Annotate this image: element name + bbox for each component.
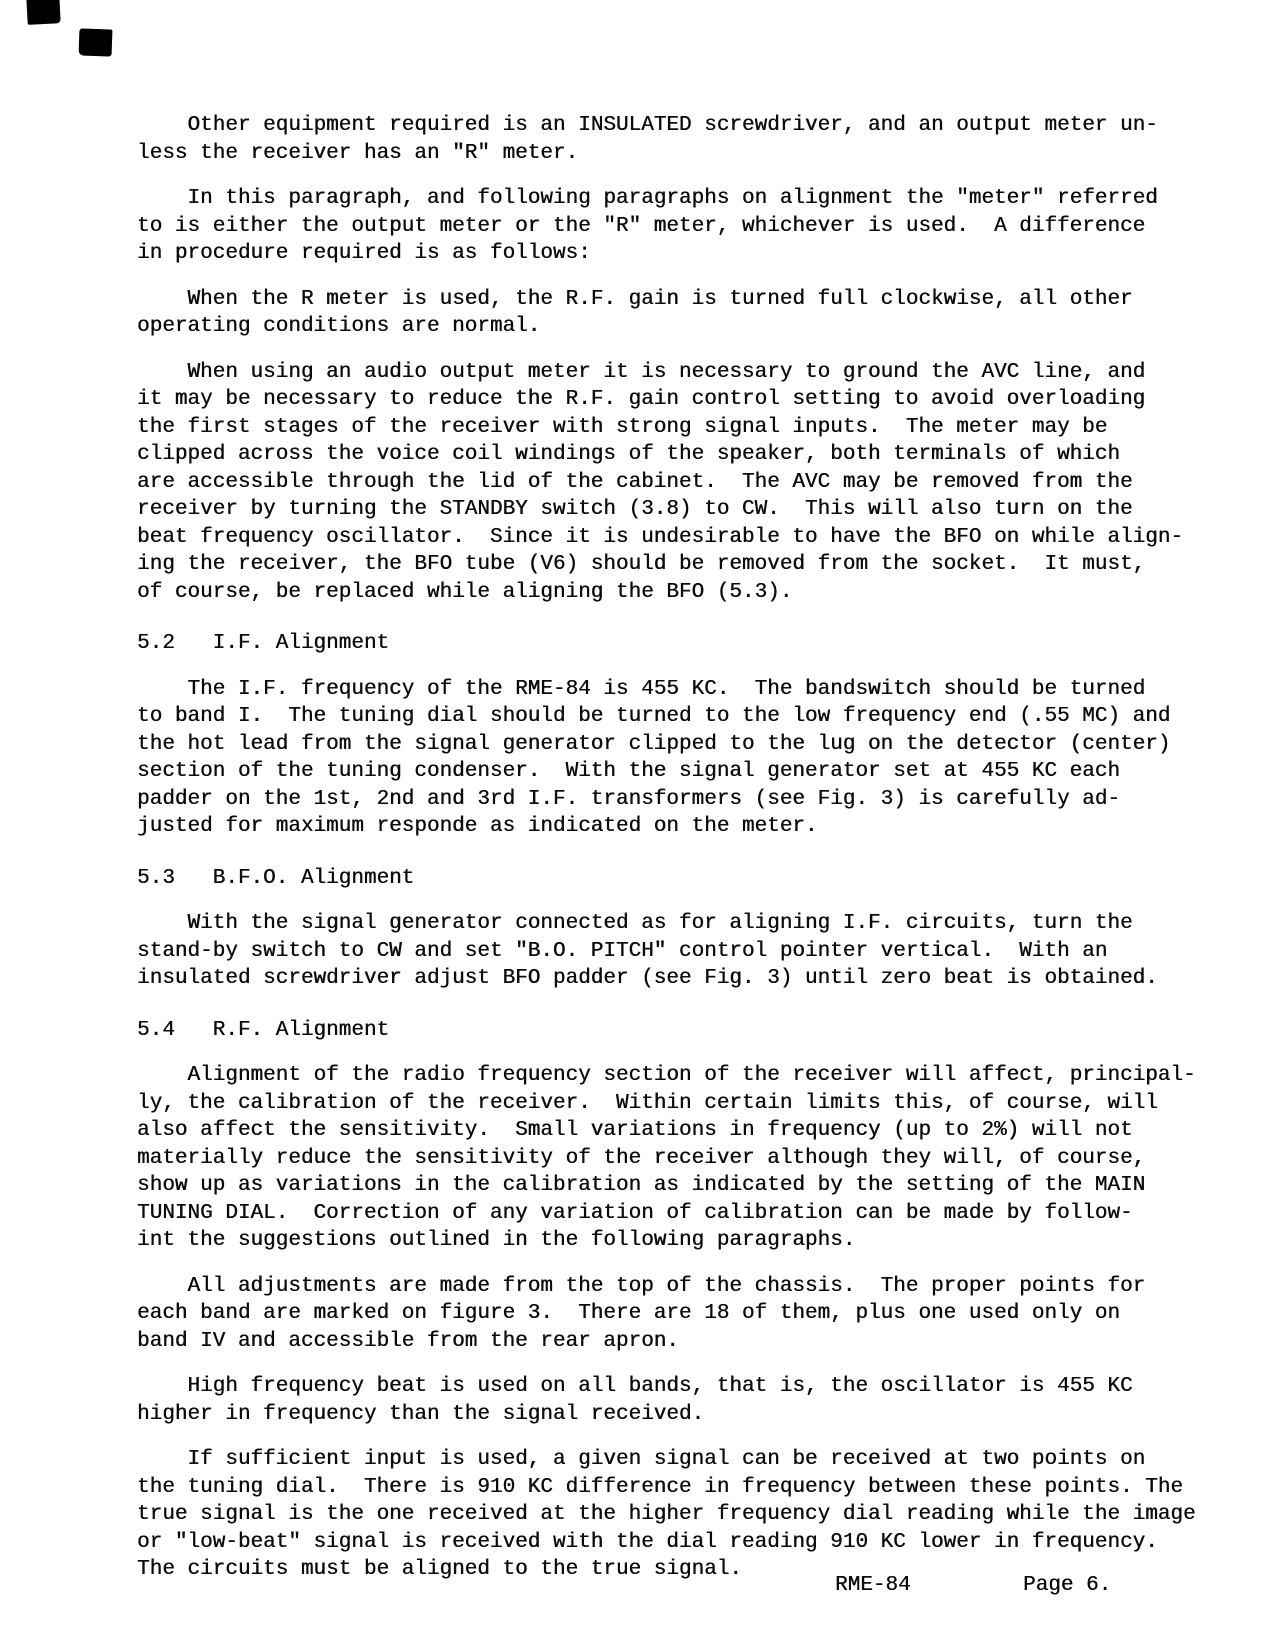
- paragraph-rf-alignment-calibration: Alignment of the radio frequency section…: [137, 1062, 1227, 1255]
- paragraph-adjustment-points: All adjustments are made from the top of…: [137, 1273, 1227, 1356]
- footer-page-number: Page 6.: [1023, 1572, 1111, 1600]
- paragraph-meter-definition: In this paragraph, and following paragra…: [137, 185, 1227, 268]
- page-body: Other equipment required is an INSULATED…: [137, 112, 1227, 1602]
- paragraph-if-alignment: The I.F. frequency of the RME-84 is 455 …: [137, 676, 1227, 841]
- section-heading-5-3-bfo-alignment: 5.3 B.F.O. Alignment: [137, 865, 1227, 893]
- scan-artifact: [26, 0, 60, 25]
- footer-model-label: RME-84: [835, 1572, 911, 1600]
- paragraph-bfo-alignment: With the signal generator connected as f…: [137, 910, 1227, 993]
- paragraph-equipment-required: Other equipment required is an INSULATED…: [137, 112, 1227, 167]
- paragraph-image-signal: If sufficient input is used, a given sig…: [137, 1446, 1227, 1584]
- paragraph-r-meter-use: When the R meter is used, the R.F. gain …: [137, 286, 1227, 341]
- paragraph-high-frequency-beat: High frequency beat is used on all bands…: [137, 1373, 1227, 1428]
- section-heading-5-4-rf-alignment: 5.4 R.F. Alignment: [137, 1017, 1227, 1045]
- page-footer: RME-84 Page 6.: [0, 1572, 1275, 1606]
- section-heading-5-2-if-alignment: 5.2 I.F. Alignment: [137, 630, 1227, 658]
- scan-artifact: [79, 28, 113, 56]
- paragraph-audio-output-meter: When using an audio output meter it is n…: [137, 359, 1227, 607]
- manual-page: Other equipment required is an INSULATED…: [0, 0, 1275, 1650]
